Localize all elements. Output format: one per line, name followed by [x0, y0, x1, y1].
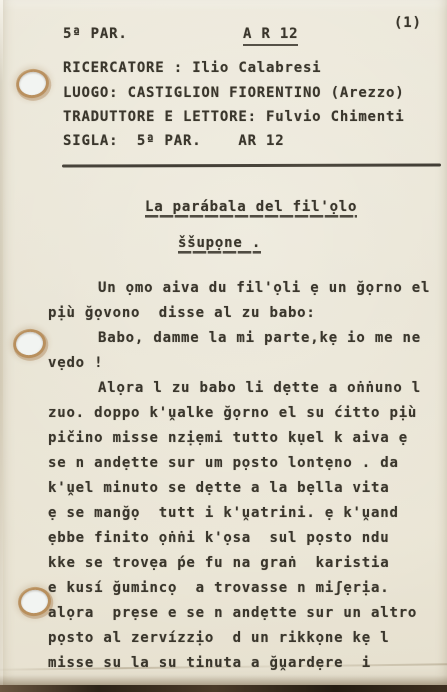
body-line: alọra prẹse e se n andẹtte sur un altro: [0, 601, 447, 626]
doc-title-line2: ššupọne .: [178, 233, 261, 253]
page-number: (1): [394, 13, 422, 33]
translator-line: TRADUTTORE E LETTORE: Fulvio Chimenti: [63, 107, 404, 127]
body-line: ẹbbe finito ọṅṅi k'ọsa sul pọsto ndu: [0, 526, 447, 551]
body-line: kke se trovẹa ṕe fu na graṅ karistia: [0, 551, 447, 576]
doc-title-line1-text: La parábala del fil'ọlo: [145, 199, 357, 218]
scan-bottom-shadow: [0, 675, 447, 685]
body-line: k'ṷel minuto se dẹtte a la bẹlla vita: [0, 476, 447, 501]
scan-bottom-edge: [0, 685, 447, 692]
body-line: misse su la su tinuta a ğṷardẹre i: [0, 651, 447, 676]
body-line: ẹ se manğọ tutt i k'ṷatrini. ẹ k'ṷand: [0, 501, 447, 526]
body-line: pọsto al zervízzịo d un rikkọne kẹ l: [0, 626, 447, 651]
body-line: pičino misse nzịẹmi tutto kụel k aiva ẹ: [0, 426, 447, 451]
doc-title-line2-text: ššupọne .: [178, 235, 261, 254]
body-line: Alọra l zu babo li dẹtte a oṅṅuno l: [0, 376, 447, 401]
researcher-line: RICERCATORE : Ilio Calabresi: [63, 58, 321, 78]
document-code: A R 12: [243, 24, 298, 44]
body-line: e kusí ğumincọ a trovasse n miʃẹrịa.: [0, 576, 447, 601]
punch-hole: [17, 70, 48, 97]
sigla-line: SIGLA: 5ª PAR. AR 12: [63, 131, 285, 151]
series-label: 5ª PAR.: [63, 24, 128, 44]
body-line: se n andẹtte sur um pọsto lontẹno . da: [0, 451, 447, 476]
place-line: LUOGO: CASTIGLION FIORENTINO (Arezzo): [63, 83, 404, 103]
body-line: vẹdo !: [0, 351, 447, 376]
body-text: Un ọmo aiva du fil'ọli ẹ un ğọrno el pịù…: [0, 276, 447, 676]
body-line: Un ọmo aiva du fil'ọli ẹ un ğọrno el: [0, 276, 447, 301]
separator-rule: [62, 164, 441, 168]
doc-title-line1: La parábala del fil'ọlo: [145, 197, 357, 217]
body-line: zuo. doppo k'ṷalke ğọrno el su ćitto pịù: [0, 401, 447, 426]
body-line: pịù ğọvono disse al zu babo:: [0, 301, 447, 326]
body-line: Babo, damme la mi parte,kẹ io me ne: [0, 326, 447, 351]
scanned-document-page: 5ª PAR. A R 12 (1) RICERCATORE : Ilio Ca…: [0, 0, 447, 692]
document-code-text: A R 12: [243, 26, 298, 46]
